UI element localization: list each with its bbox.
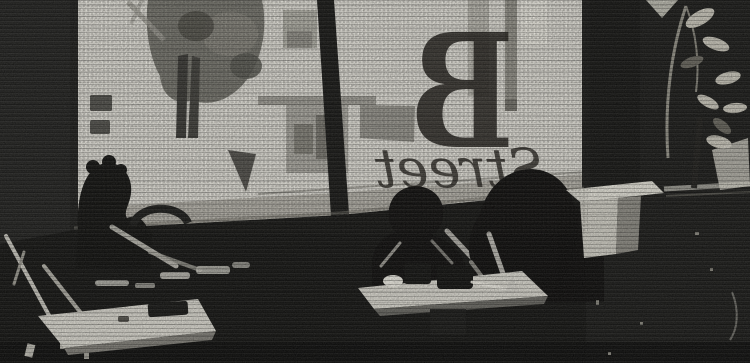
cafe-scene: B Street	[0, 0, 750, 363]
photo-frame: B Street	[0, 0, 750, 363]
film-grain-light	[0, 0, 750, 363]
